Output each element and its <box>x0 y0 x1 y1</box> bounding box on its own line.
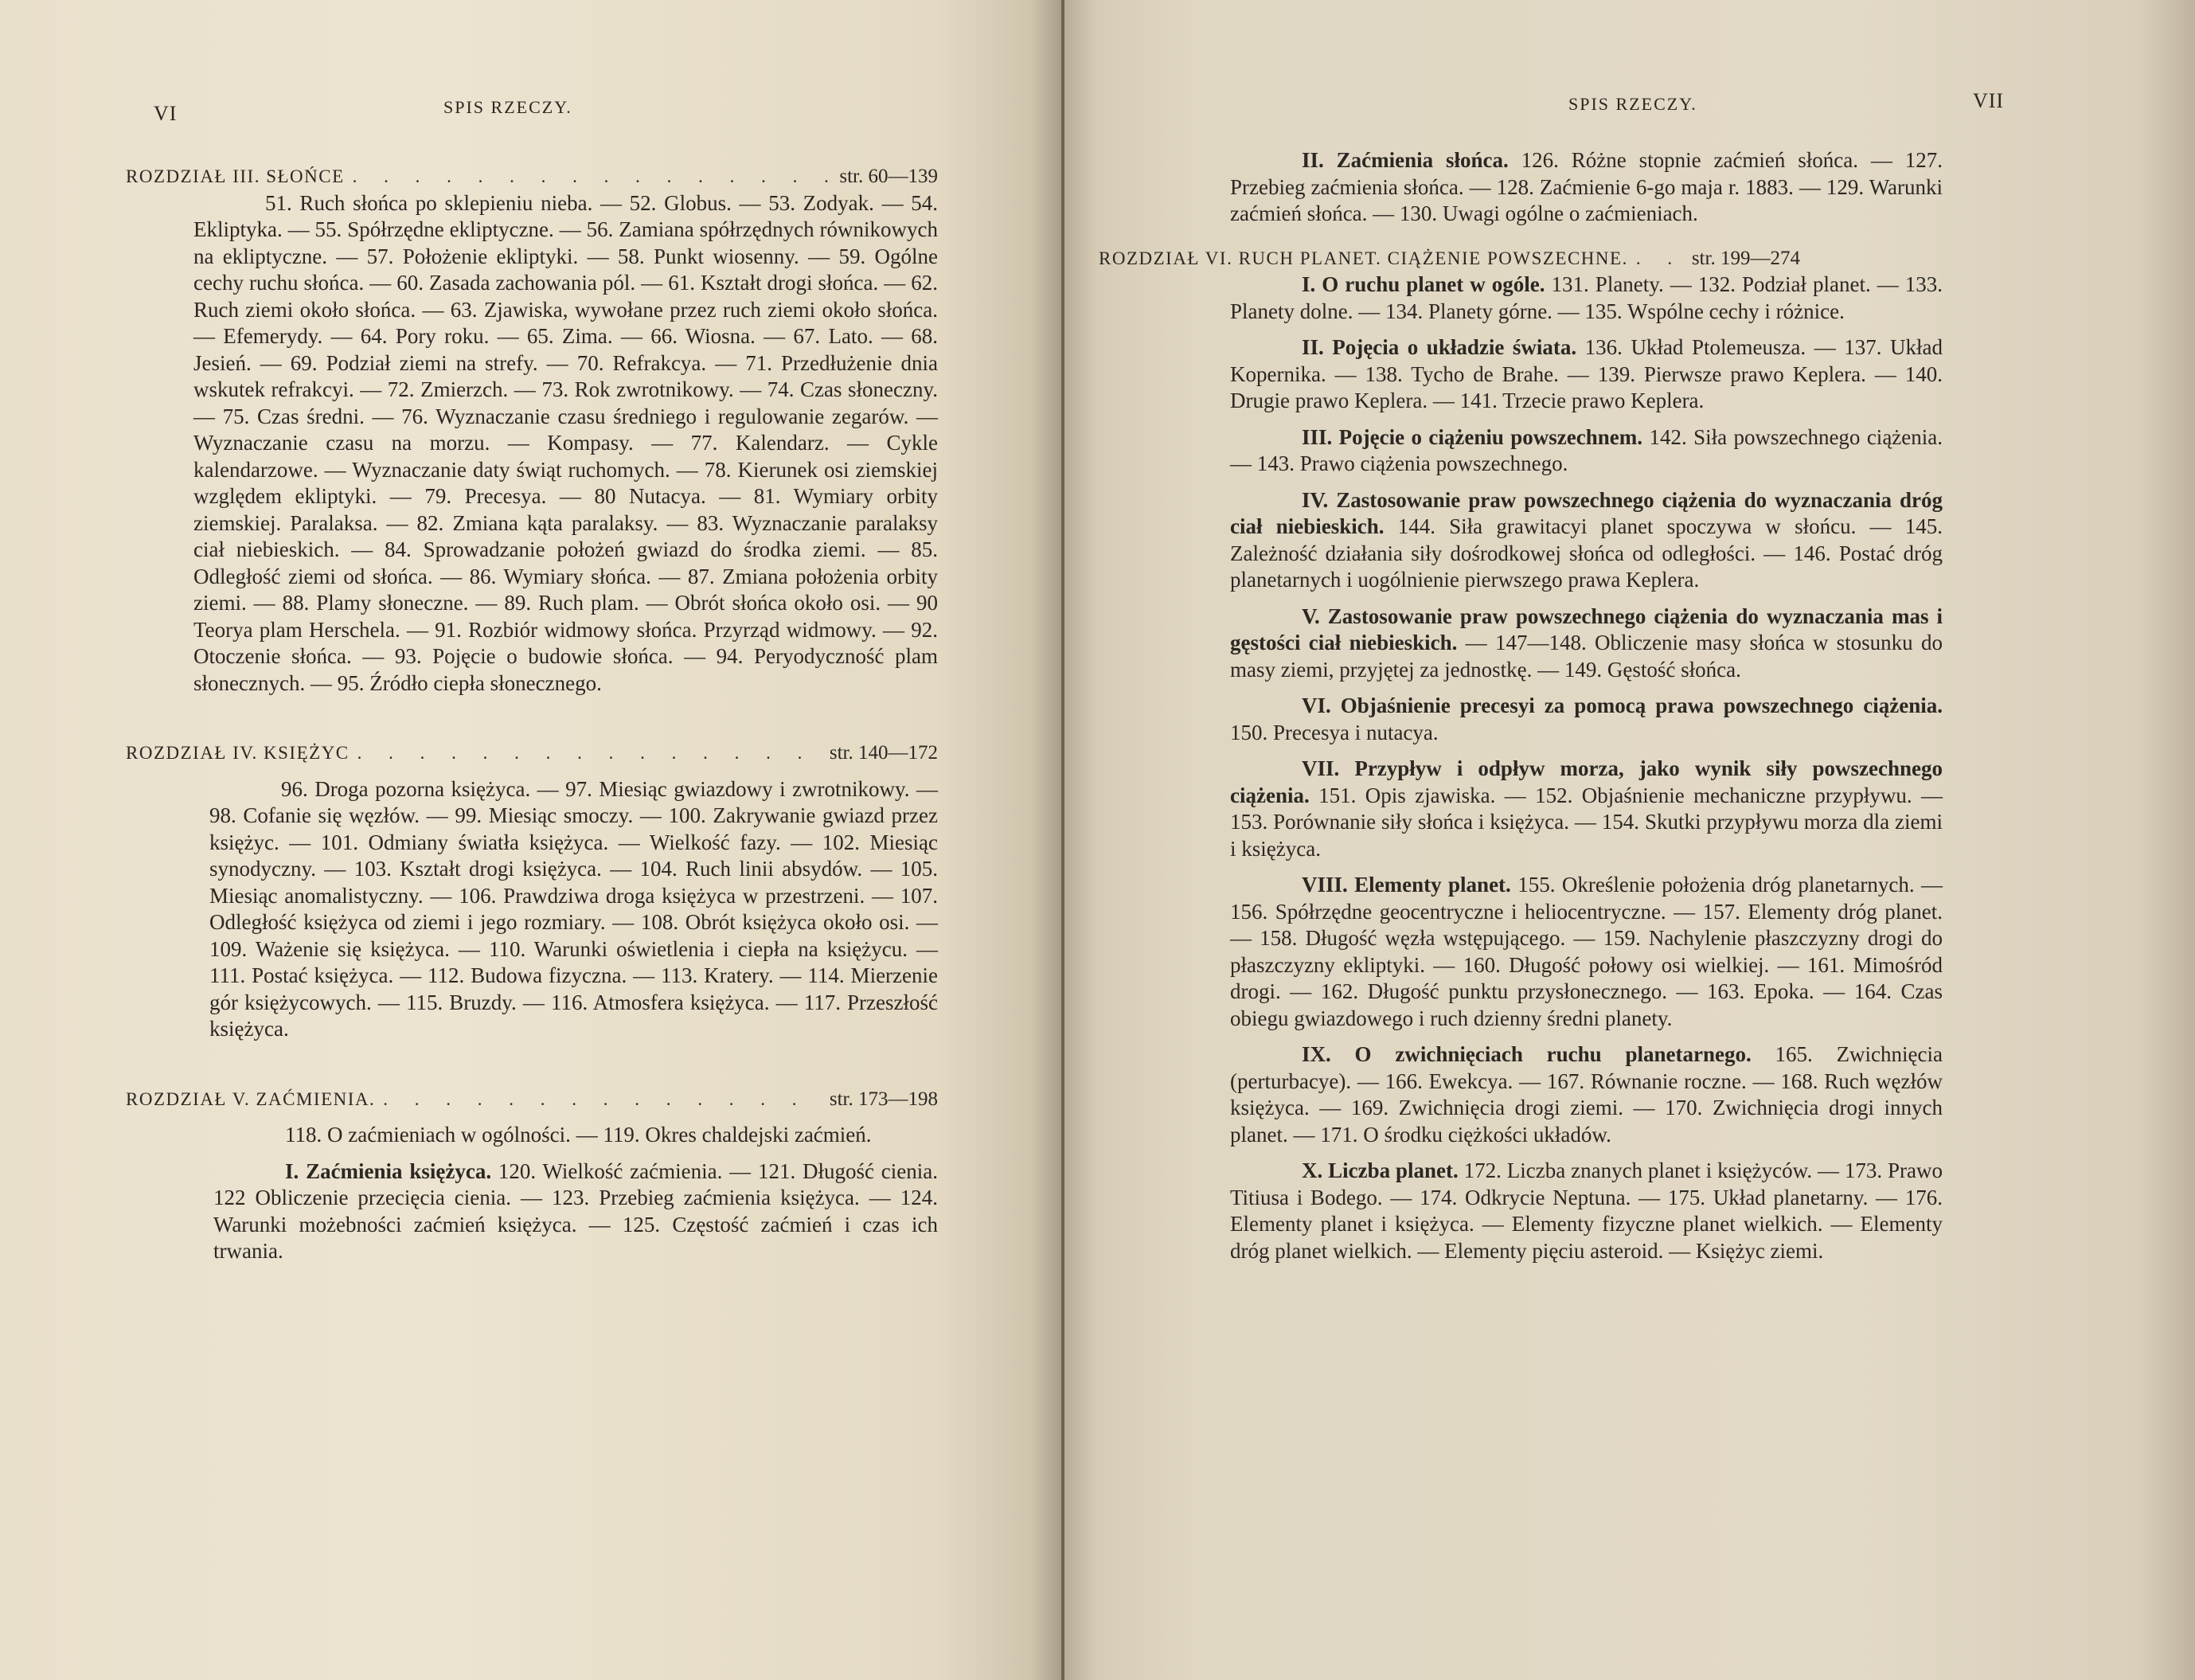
chapter-contents: 118. O zaćmieniach w ogólności. — 119. O… <box>213 1122 938 1149</box>
section-entry: IX. O zwichnięciach ruchu planetarnego. … <box>1230 1041 1943 1148</box>
chapter-contents: 96. Droga pozorna księżyca. — 97. Miesią… <box>209 776 938 1043</box>
left-page: VI SPIS RZECZY. ROZDZIAŁ III. SŁOŃCE str… <box>0 0 1063 1680</box>
page-range: str. 199—274 <box>1692 245 1800 272</box>
chapter-title: ROZDZIAŁ III. SŁOŃCE <box>126 163 345 190</box>
leader-dots <box>353 163 832 190</box>
section-entry: II. Pojęcia o układzie świata. 136. Ukła… <box>1230 334 1943 415</box>
section-entry: V. Zastosowanie praw powszechnego ciążen… <box>1230 604 1943 684</box>
open-book-spread: VI SPIS RZECZY. ROZDZIAŁ III. SŁOŃCE str… <box>0 0 2195 1680</box>
book-gutter <box>1061 0 1064 1680</box>
chapter-heading-5: ROZDZIAŁ V. ZAĆMIENIA. str. 173—198 <box>126 1086 938 1113</box>
section-text: 150. Precesya i nutacya. <box>1230 721 1439 744</box>
section-title: II. Pojęcia o układzie świata. <box>1302 335 1576 359</box>
page-number-left: VI <box>154 102 177 126</box>
section-entry: VII. Przypływ i odpływ morza, jako wynik… <box>1230 756 1943 862</box>
chapter-heading-6: ROZDZIAŁ VI. RUCH PLANET. CIĄŻENIE POWSZ… <box>1099 245 1963 272</box>
section-title: III. Pojęcie o ciążeniu powszechnem. <box>1302 425 1642 449</box>
chapter-title: ROZDZIAŁ IV. KSIĘŻYC <box>126 740 350 767</box>
chapter-contents: 51. Ruch słońca po sklepieniu nieba. — 5… <box>193 190 938 697</box>
chapter-heading-3: ROZDZIAŁ III. SŁOŃCE str. 60—139 <box>126 163 938 190</box>
leader-dots <box>357 740 822 767</box>
section-text: 151. Opis zjawiska. — 152. Objaśnienie m… <box>1230 783 1943 861</box>
running-head-right: SPIS RZECZY. <box>1568 94 1697 115</box>
chapter-heading-4: ROZDZIAŁ IV. KSIĘŻYC str. 140—172 <box>126 740 938 767</box>
section-entry: VI. Objaśnienie precesyi za pomocą prawa… <box>1230 693 1943 746</box>
section-title: VIII. Elementy planet. <box>1302 873 1511 897</box>
section-title: I. Zaćmienia księżyca. <box>285 1159 491 1183</box>
page-number-right: VII <box>1973 89 2004 113</box>
section-entry: IV. Zastosowanie praw powszechnego ciąże… <box>1230 487 1943 594</box>
toc-column-left: ROZDZIAŁ III. SŁOŃCE str. 60—139 51. Ruc… <box>126 163 938 1265</box>
chapter-title: ROZDZIAŁ V. ZAĆMIENIA. <box>126 1086 375 1113</box>
section-title: X. Liczba planet. <box>1302 1158 1459 1182</box>
section-entry: III. Pojęcie o ciążeniu powszechnem. 142… <box>1230 424 1943 478</box>
running-head-left: SPIS RZECZY. <box>443 97 572 118</box>
right-page: SPIS RZECZY. VII II. Zaćmienia słońca. 1… <box>1063 0 2195 1680</box>
section-entry: VIII. Elementy planet. 155. Określenie p… <box>1230 872 1943 1032</box>
leader-dots <box>1636 245 1684 272</box>
section-entry: I. Zaćmienia księżyca. 120. Wielkość zać… <box>213 1158 938 1265</box>
section-entry: I. O ruchu planet w ogóle. 131. Planety.… <box>1230 272 1943 325</box>
page-range: str. 140—172 <box>830 740 938 767</box>
toc-column-right: II. Zaćmienia słońca. 126. Różne stopnie… <box>1230 147 1963 1264</box>
section-title: I. O ruchu planet w ogóle. <box>1302 272 1545 296</box>
page-range: str. 173—198 <box>830 1086 938 1113</box>
chapter-title: ROZDZIAŁ VI. RUCH PLANET. CIĄŻENIE POWSZ… <box>1099 245 1628 272</box>
page-range: str. 60—139 <box>839 163 938 190</box>
section-entry: II. Zaćmienia słońca. 126. Różne stopnie… <box>1230 147 1943 228</box>
section-entry: X. Liczba planet. 172. Liczba znanych pl… <box>1230 1158 1943 1264</box>
section-title: IX. O zwichnięciach ruchu planetarnego. <box>1302 1042 1752 1066</box>
section-title: II. Zaćmienia słońca. <box>1302 148 1509 172</box>
section-title: VI. Objaśnienie precesyi za pomocą prawa… <box>1302 693 1943 717</box>
leader-dots <box>383 1086 822 1113</box>
